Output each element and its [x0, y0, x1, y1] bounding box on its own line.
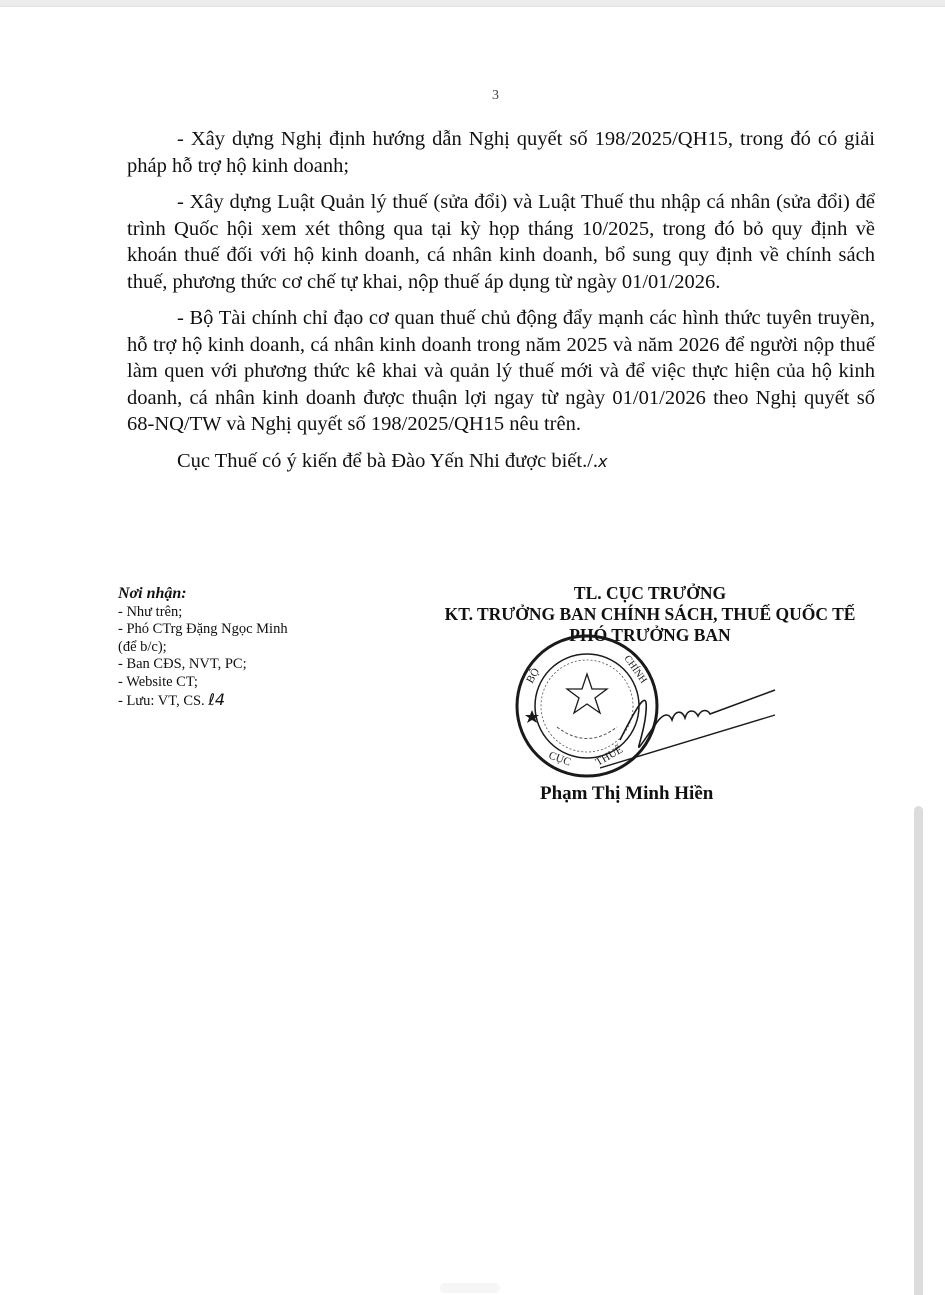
page-number: 3: [492, 88, 499, 104]
recipient-item: - Ban CĐS, NVT, PC;: [118, 656, 378, 674]
recipient-item: - Như trên;: [118, 604, 378, 622]
recipient-item: (để b/c);: [118, 639, 378, 657]
closing-initials: ⅹ: [598, 452, 607, 471]
recipient-archive-text: - Lưu: VT, CS.: [118, 693, 205, 709]
closing-sentence: Cục Thuế có ý kiến để bà Đào Yến Nhi đượ…: [127, 448, 875, 476]
recipient-item: - Lưu: VT, CS. ℓ4: [118, 691, 378, 711]
paragraph-tax-law: - Xây dựng Luật Quản lý thuế (sửa đổi) v…: [127, 189, 875, 295]
recipient-item: - Website CT;: [118, 674, 378, 692]
recipients-block: Nơi nhận: - Như trên; - Phó CTrg Đặng Ng…: [118, 585, 378, 711]
signer-name: Phạm Thị Minh Hiền: [540, 783, 713, 805]
bottom-overlay: [440, 1283, 500, 1293]
recipient-item: - Phó CTrg Đặng Ngọc Minh: [118, 621, 378, 639]
viewer-top-bar: [0, 0, 945, 7]
vertical-scrollbar[interactable]: [914, 806, 923, 1295]
signature-authority: TL. CỤC TRƯỞNG: [380, 583, 920, 604]
closing-text: Cục Thuế có ý kiến để bà Đào Yến Nhi đượ…: [177, 450, 598, 472]
paragraph-ministry: - Bộ Tài chính chỉ đạo cơ quan thuế chủ …: [127, 305, 875, 438]
archive-initials: ℓ4: [208, 690, 225, 709]
document-body: - Xây dựng Nghị định hướng dẫn Nghị quyế…: [127, 126, 875, 485]
recipients-title: Nơi nhận:: [118, 585, 378, 603]
signature-department: KT. TRƯỞNG BAN CHÍNH SÁCH, THUẾ QUỐC TẾ: [380, 604, 920, 625]
paragraph-decree: - Xây dựng Nghị định hướng dẫn Nghị quyế…: [127, 126, 875, 179]
handwritten-signature-icon: [600, 680, 780, 770]
